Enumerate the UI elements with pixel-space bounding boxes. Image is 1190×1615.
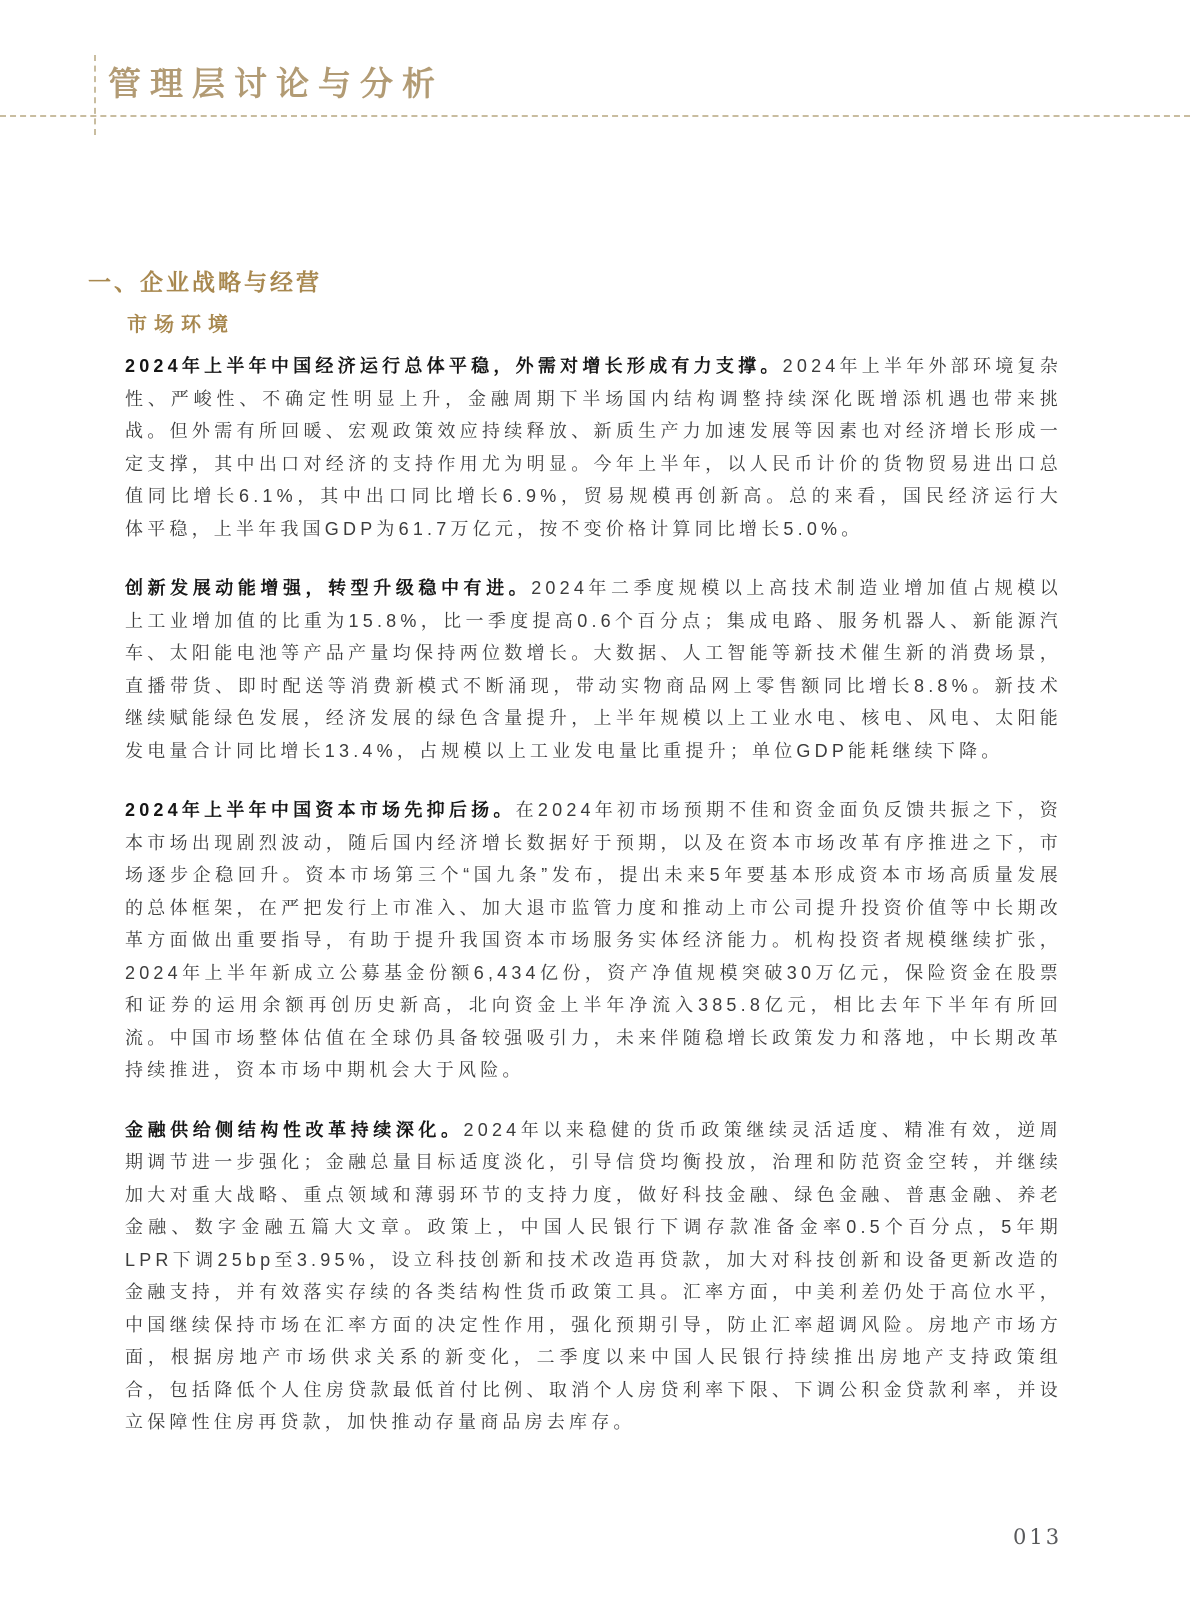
body-text-block: 2024年上半年中国经济运行总体平稳，外需对增长形成有力支撑。2024年上半年外…: [125, 350, 1062, 1466]
report-page: 管理层讨论与分析 一、企业战略与经营 市场环境 2024年上半年中国经济运行总体…: [0, 0, 1190, 1615]
section-heading: 一、企业战略与经营: [88, 264, 322, 297]
paragraph-body: 2024年上半年外部环境复杂性、严峻性、不确定性明显上升，金融周期下半场国内结构…: [125, 356, 1062, 539]
paragraph-body: 2024年以来稳健的货币政策继续灵活适度、精准有效，逆周期调节进一步强化；金融总…: [125, 1120, 1062, 1433]
horizontal-dashed-divider: [0, 115, 1190, 117]
paragraph-lead: 2024年上半年中国资本市场先抑后扬。: [125, 800, 516, 820]
paragraph-body: 2024年二季度规模以上高技术制造业增加值占规模以上工业增加值的比重为15.8%…: [125, 578, 1062, 761]
paragraph-economy: 2024年上半年中国经济运行总体平稳，外需对增长形成有力支撑。2024年上半年外…: [125, 350, 1062, 545]
paragraph-lead: 2024年上半年中国经济运行总体平稳，外需对增长形成有力支撑。: [125, 356, 783, 376]
paragraph-financial-reform: 金融供给侧结构性改革持续深化。2024年以来稳健的货币政策继续灵活适度、精准有效…: [125, 1114, 1062, 1439]
paragraph-innovation: 创新发展动能增强，转型升级稳中有进。2024年二季度规模以上高技术制造业增加值占…: [125, 572, 1062, 767]
page-number: 013: [1013, 1525, 1062, 1549]
paragraph-capital-market: 2024年上半年中国资本市场先抑后扬。在2024年初市场预期不佳和资金面负反馈共…: [125, 794, 1062, 1087]
paragraph-lead: 创新发展动能增强，转型升级稳中有进。: [125, 578, 531, 598]
subsection-heading: 市场环境: [127, 308, 235, 337]
paragraph-body: 在2024年初市场预期不佳和资金面负反馈共振之下，资本市场出现剧烈波动，随后国内…: [125, 800, 1062, 1080]
vertical-dashed-divider: [94, 55, 96, 135]
page-title: 管理层讨论与分析: [108, 58, 444, 105]
paragraph-lead: 金融供给侧结构性改革持续深化。: [125, 1120, 464, 1140]
